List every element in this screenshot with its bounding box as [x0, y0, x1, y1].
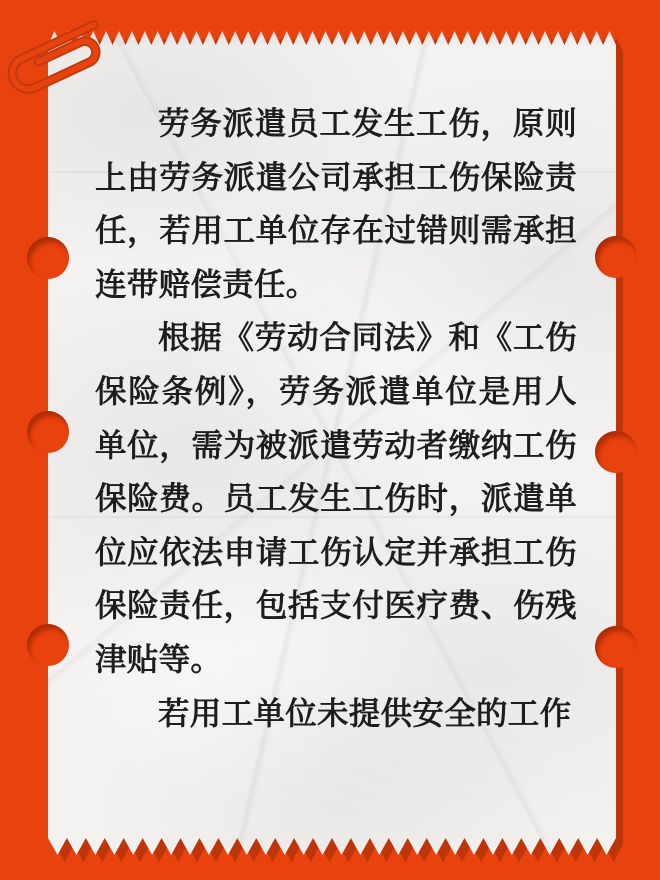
punch-notch-left-3 [27, 624, 69, 666]
punch-notch-right-3 [595, 626, 637, 668]
page-background: 劳务派遣员工发生工伤，原则上由劳务派遣公司承担工伤保险责任，若用工单位存在过错则… [0, 0, 660, 880]
punch-notch-left-1 [27, 237, 69, 279]
paragraph-employer-fault: 若用工单位未提供安全的工作 [95, 687, 577, 741]
punch-notch-right-1 [595, 236, 637, 278]
paragraph-law-basis: 根据《劳动合同法》和《工伤保险条例》，劳务派遣单位是用人单位，需为被派遣劳动者缴… [95, 311, 577, 686]
article-text: 劳务派遣员工发生工伤，原则上由劳务派遣公司承担工伤保险责任，若用工单位存在过错则… [95, 97, 577, 740]
paperclip-icon [0, 0, 160, 130]
paragraph-liability: 劳务派遣员工发生工伤，原则上由劳务派遣公司承担工伤保险责任，若用工单位存在过错则… [95, 97, 577, 311]
punch-notch-left-2 [27, 411, 69, 453]
punch-notch-right-2 [595, 431, 637, 473]
